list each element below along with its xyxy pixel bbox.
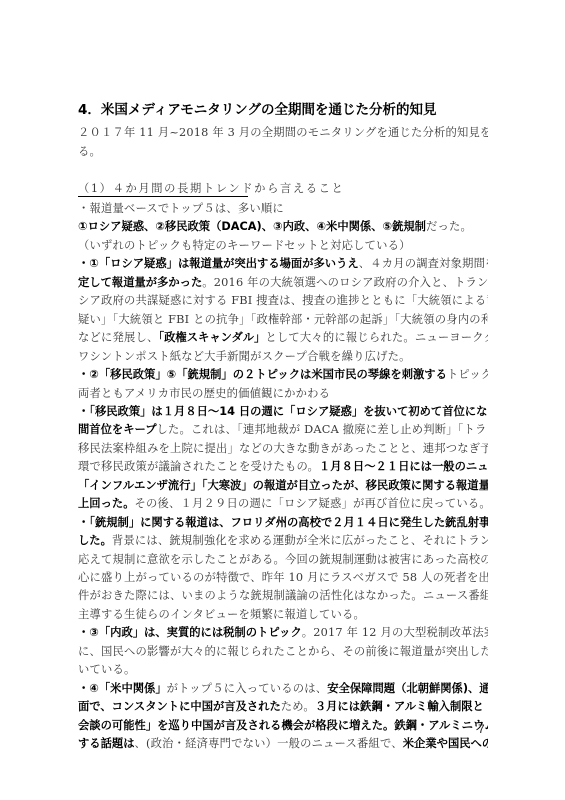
- bold-text: 間首位をキープ: [78, 423, 157, 436]
- intro-line-1: ２０１７年 11 月~2018 年 3 月の全期間のモニタリングを通じた分析的知…: [78, 124, 488, 142]
- body-line: ・②「移民政策」⑤「銃規制」の２トピックは米国市民の琴線を刺激するトピックだろう…: [78, 366, 488, 384]
- text: いている。: [78, 663, 136, 676]
- bold-text: 会談の可能性」を巡り中国が言及される機会が格段に増えた。鉄鋼・アルミニウム関税に…: [78, 719, 488, 732]
- bold-text: 米企業や国民への影響という: [403, 737, 488, 750]
- bold-text: 定して報道量が多かった: [78, 276, 202, 289]
- text: がトップ５に入っているのは、: [167, 682, 328, 695]
- bold-text: ３月には鉄鋼・アルミ輸入制限と「米朝首脳: [315, 700, 488, 713]
- text: シア政府の共謀疑惑に対する FBI 捜査は、捜査の進捗とともに「大統領による司法…: [78, 294, 488, 307]
- body-line: 主導する生徒らのインタビューを頻繁に報道している。: [78, 606, 488, 624]
- body-line: 環で移民政策が議論されたことを受けたもの。１月８日～２１日には一般のニュース番組…: [78, 458, 488, 476]
- text: 、４カ月の調査対象期間を通じて: [359, 257, 488, 270]
- body-line: 間首位をキープした。これは、「連邦地裁が DACA 撤廃に差し止め判断」「トラン…: [78, 421, 488, 439]
- body-line: 定して報道量が多かった。2016 年の大統領選へのロシア政府の介入と、トランプ陣…: [78, 274, 488, 292]
- bold-text: した。: [78, 534, 112, 547]
- bold-text: ・「銃規制」に関する報道は、フロリダ州の高校で２月１４日に発生した銃乱射事件後に…: [78, 516, 488, 529]
- body-line: ・④「米中関係」がトップ５に入っているのは、安全保障問題（北朝鮮関係)、通商問題…: [78, 680, 488, 698]
- bold-text: ①ロシア疑惑、②移民政策（DACA)、③内政、④米中関係、⑤銃規制: [78, 220, 426, 233]
- bold-text: ・④「米中関係」: [78, 682, 167, 695]
- document-page: 4．米国メディアモニタリングの全期間を通じた分析的知見 ２０１７年 11 月~2…: [0, 0, 565, 800]
- text: その後、１月２９日の週に「ロシア疑惑」が再び首位に戻っている。: [135, 497, 489, 510]
- text: 疑い」「大統領と FBI との抗争」「政権幹部・元幹部の起訴」「大統領の身内の利…: [78, 313, 488, 326]
- page-number: 7: [478, 722, 485, 736]
- bold-text: ・①「ロシア疑惑」は報道量が突出する場面が多いうえ: [78, 257, 359, 270]
- text: だった。: [426, 220, 472, 233]
- bold-text: 「政権スキャンダル」: [158, 331, 265, 344]
- bold-text: ・②「移民政策」⑤「銃規制」の２トピックは米国市民の琴線を刺激する: [78, 368, 447, 381]
- body-line: ・③「内政」は、実質的には税制のトピック。2017 年 12 月の大型税制改革法…: [78, 624, 488, 642]
- body-line: いている。: [78, 661, 488, 679]
- body-line: 疑い」「大統領と FBI との抗争」「政権幹部・元幹部の起訴」「大統領の身内の利…: [78, 311, 488, 329]
- bold-text: する話題は: [78, 737, 135, 750]
- body-line: 応えて規制に意欲を示したことがある。今回の銃規制運動は被害にあった高校の生徒を中: [78, 551, 488, 569]
- body-line: 面で、コンスタントに中国が言及されたため。３月には鉄鋼・アルミ輸入制限と「米朝首…: [78, 698, 488, 716]
- text: 心に盛り上がっているのが特徴で、昨年 10 月にラスベガスで 58 人の死者を出…: [78, 571, 488, 584]
- body-line: した。背景には、銃規制強化を求める運動が全米に広がったこと、それにトランプ大統領…: [78, 532, 488, 550]
- bold-text: 安全保障問題（北朝鮮関係)、通商問題の両: [327, 682, 488, 695]
- text: ため。: [281, 700, 315, 713]
- body-line: 件がおきた際には、いまのような銃規制議論の活性化はなかった。ニュース番組は、運動…: [78, 587, 488, 605]
- bold-text: ・「移民政策」は１月８日～14 日の週に「ロシア疑惑」を抜いて初めて首位になり、…: [78, 405, 488, 418]
- body-line: ①ロシア疑惑、②移民政策（DACA)、③内政、④米中関係、⑤銃規制だった。: [78, 218, 488, 236]
- text: として大々的に報じられた。ニューヨークタイムズ、: [265, 331, 488, 344]
- body-line: などに発展し、「政権スキャンダル」として大々的に報じられた。ニューヨークタイムズ…: [78, 329, 488, 347]
- subsection-underline: [78, 196, 248, 197]
- body-line: シア政府の共謀疑惑に対する FBI 捜査は、捜査の進捗とともに「大統領による司法…: [78, 292, 488, 310]
- text: 件がおきた際には、いまのような銃規制議論の活性化はなかった。ニュース番組は、運動…: [78, 589, 488, 602]
- text: 。2017 年 12 月の大型税制改革法案成立の前後: [302, 626, 488, 639]
- text: 環で移民政策が議論されたことを受けたもの。: [78, 460, 319, 473]
- body-line: 会談の可能性」を巡り中国が言及される機会が格段に増えた。鉄鋼・アルミニウム関税に…: [78, 717, 488, 735]
- text: ワシントンポスト紙など大手新聞がスクープ合戦を繰り広げた。: [78, 350, 411, 363]
- intro-line-2: る。: [78, 143, 488, 161]
- body-line: 移民法案枠組みを上院に提出」などの大きな動きがあったことと、連邦つなぎ予算協議の…: [78, 440, 488, 458]
- body-line: ・①「ロシア疑惑」は報道量が突出する場面が多いうえ、４カ月の調査対象期間を通じて…: [78, 255, 488, 273]
- body-line: 心に盛り上がっているのが特徴で、昨年 10 月にラスベガスで 58 人の死者を出…: [78, 569, 488, 587]
- text: （いずれのトピックも特定のキーワードセットと対応している）: [78, 239, 411, 252]
- text: トピックだろう。: [447, 368, 488, 381]
- body-line: 両者ともアメリカ市民の歴史的価値観にかかわる: [78, 385, 488, 403]
- body-line: に、国民への影響が大々的に報じられたことから、その前後に報道量が突出したピークを…: [78, 643, 488, 661]
- text: に、国民への影響が大々的に報じられたことから、その前後に報道量が突出したピークを…: [78, 645, 488, 658]
- text: 移民法案枠組みを上院に提出」などの大きな動きがあったことと、連邦つなぎ予算協議の…: [78, 442, 488, 455]
- body-line: ・「銃規制」に関する報道は、フロリダ州の高校で２月１４日に発生した銃乱射事件後に…: [78, 514, 488, 532]
- body-line: ・「移民政策」は１月８日～14 日の週に「ロシア疑惑」を抜いて初めて首位になり、…: [78, 403, 488, 421]
- body-line: ワシントンポスト紙など大手新聞がスクープ合戦を繰り広げた。: [78, 348, 488, 366]
- text: などに発展し、: [78, 331, 158, 344]
- bold-text: １月８日～２１日には一般のニュース番組で: [319, 460, 488, 473]
- bold-text: ・③「内政」は、実質的には税制のトピック: [78, 626, 302, 639]
- body-line: 「インフルエンザ流行」「大寒波」の報道が目立ったが、移民政策に関する報道量はそれ…: [78, 477, 488, 495]
- text: 主導する生徒らのインタビューを頻繁に報道している。: [78, 608, 365, 621]
- bold-text: 上回った。: [78, 497, 135, 510]
- text: 両者ともアメリカ市民の歴史的価値観にかかわる: [78, 387, 330, 400]
- text: ・報道量ベースでトップ５は、多い順に: [78, 202, 284, 215]
- text: 背景には、銃規制強化を求める運動が全米に広がったこと、それにトランプ大統領が: [112, 534, 488, 547]
- body-line: 上回った。その後、１月２９日の週に「ロシア疑惑」が再び首位に戻っている。: [78, 495, 488, 513]
- text: 。2016 年の大統領選へのロシア政府の介入と、トランプ陣営とロ: [202, 276, 488, 289]
- section-heading: 4．米国メディアモニタリングの全期間を通じた分析的知見: [78, 98, 437, 118]
- body-line: ・報道量ベースでトップ５は、多い順に: [78, 200, 488, 218]
- bold-text: 面で、コンスタントに中国が言及された: [78, 700, 281, 713]
- body-line: する話題は、(政治・経済専門でない）一般のニュース番組で、米企業や国民への影響と…: [78, 735, 488, 753]
- text: 、(政治・経済専門でない）一般のニュース番組で、: [135, 737, 403, 750]
- body-line: （いずれのトピックも特定のキーワードセットと対応している）: [78, 237, 488, 255]
- text: 応えて規制に意欲を示したことがある。今回の銃規制運動は被害にあった高校の生徒を中: [78, 553, 488, 566]
- text: した。これは、「連邦地裁が DACA 撤廃に差し止め判断」「トランプ政権、: [157, 423, 488, 436]
- bold-text: 「インフルエンザ流行」「大寒波」の報道が目立ったが、移民政策に関する報道量はそれ…: [78, 479, 488, 492]
